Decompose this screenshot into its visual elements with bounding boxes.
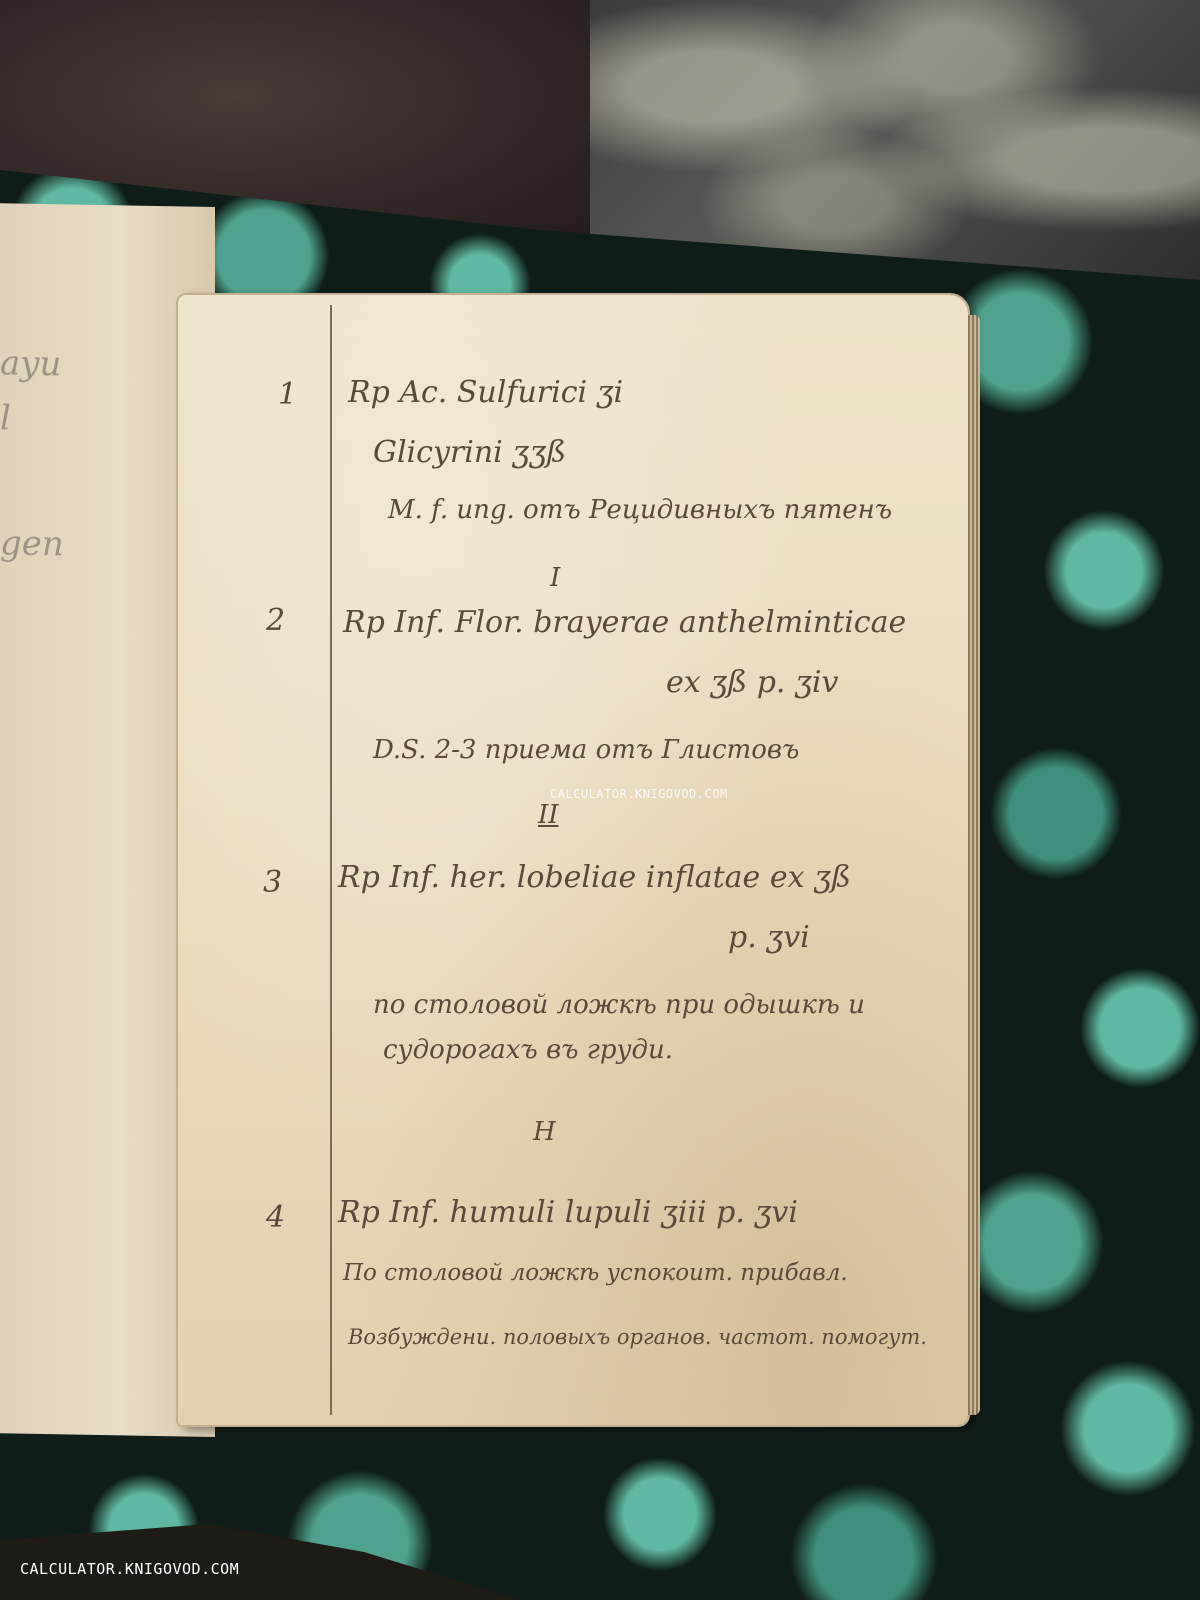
prescription-line: Rp Inf. Flor. brayerae anthelminticae bbox=[343, 605, 906, 640]
prescription-signa: По столовой ложкѣ успокоит. прибавл. bbox=[343, 1260, 848, 1286]
margin-line bbox=[330, 305, 332, 1415]
prescription-line: p. ʒvi bbox=[728, 920, 810, 955]
page-edge bbox=[968, 315, 980, 1415]
entry-number: 2 bbox=[266, 603, 285, 638]
prescription-line: ex ʒß p. ʒiv bbox=[666, 665, 838, 700]
prescription-line: Rp Inf. humuli lupuli ʒiii p. ʒvi bbox=[338, 1195, 798, 1230]
entry-number: 1 bbox=[278, 377, 297, 412]
prescription-signa: M. f. ung. отъ Рецидивныхъ пятенъ bbox=[388, 495, 892, 525]
watermark-corner: CALCULATOR.KNIGOVOD.COM bbox=[20, 1560, 239, 1578]
pencil-fragment: l bbox=[0, 398, 11, 438]
section-separator: H bbox=[533, 1117, 556, 1147]
right-notebook-page: 1 Rp Ac. Sulfurici ʒi Glicyrini ʒʒß M. f… bbox=[178, 295, 968, 1425]
prescription-line: Glicyrini ʒʒß bbox=[373, 435, 566, 470]
section-separator: I bbox=[550, 563, 560, 593]
prescription-signa: по столовой ложкѣ при одышкѣ и bbox=[373, 990, 865, 1020]
entry-number: 3 bbox=[263, 865, 282, 900]
pencil-fragment: ayu bbox=[0, 343, 61, 384]
section-separator: II bbox=[538, 800, 559, 830]
entry-number: 4 bbox=[266, 1200, 285, 1235]
prescription-signa: Возбуждени. половыхъ органов. частот. по… bbox=[348, 1325, 927, 1349]
prescription-signa: судорогахъ въ груди. bbox=[383, 1035, 673, 1065]
pencil-fragment: gen bbox=[0, 523, 64, 564]
prescription-line: Rp Inf. her. lobeliae inflatae ex ʒß bbox=[338, 860, 851, 895]
watermark-center: CALCULATOR.KNIGOVOD.COM bbox=[550, 787, 728, 801]
prescription-line: Rp Ac. Sulfurici ʒi bbox=[348, 375, 623, 410]
prescription-signa: D.S. 2-3 приема отъ Глистовъ bbox=[373, 735, 799, 765]
